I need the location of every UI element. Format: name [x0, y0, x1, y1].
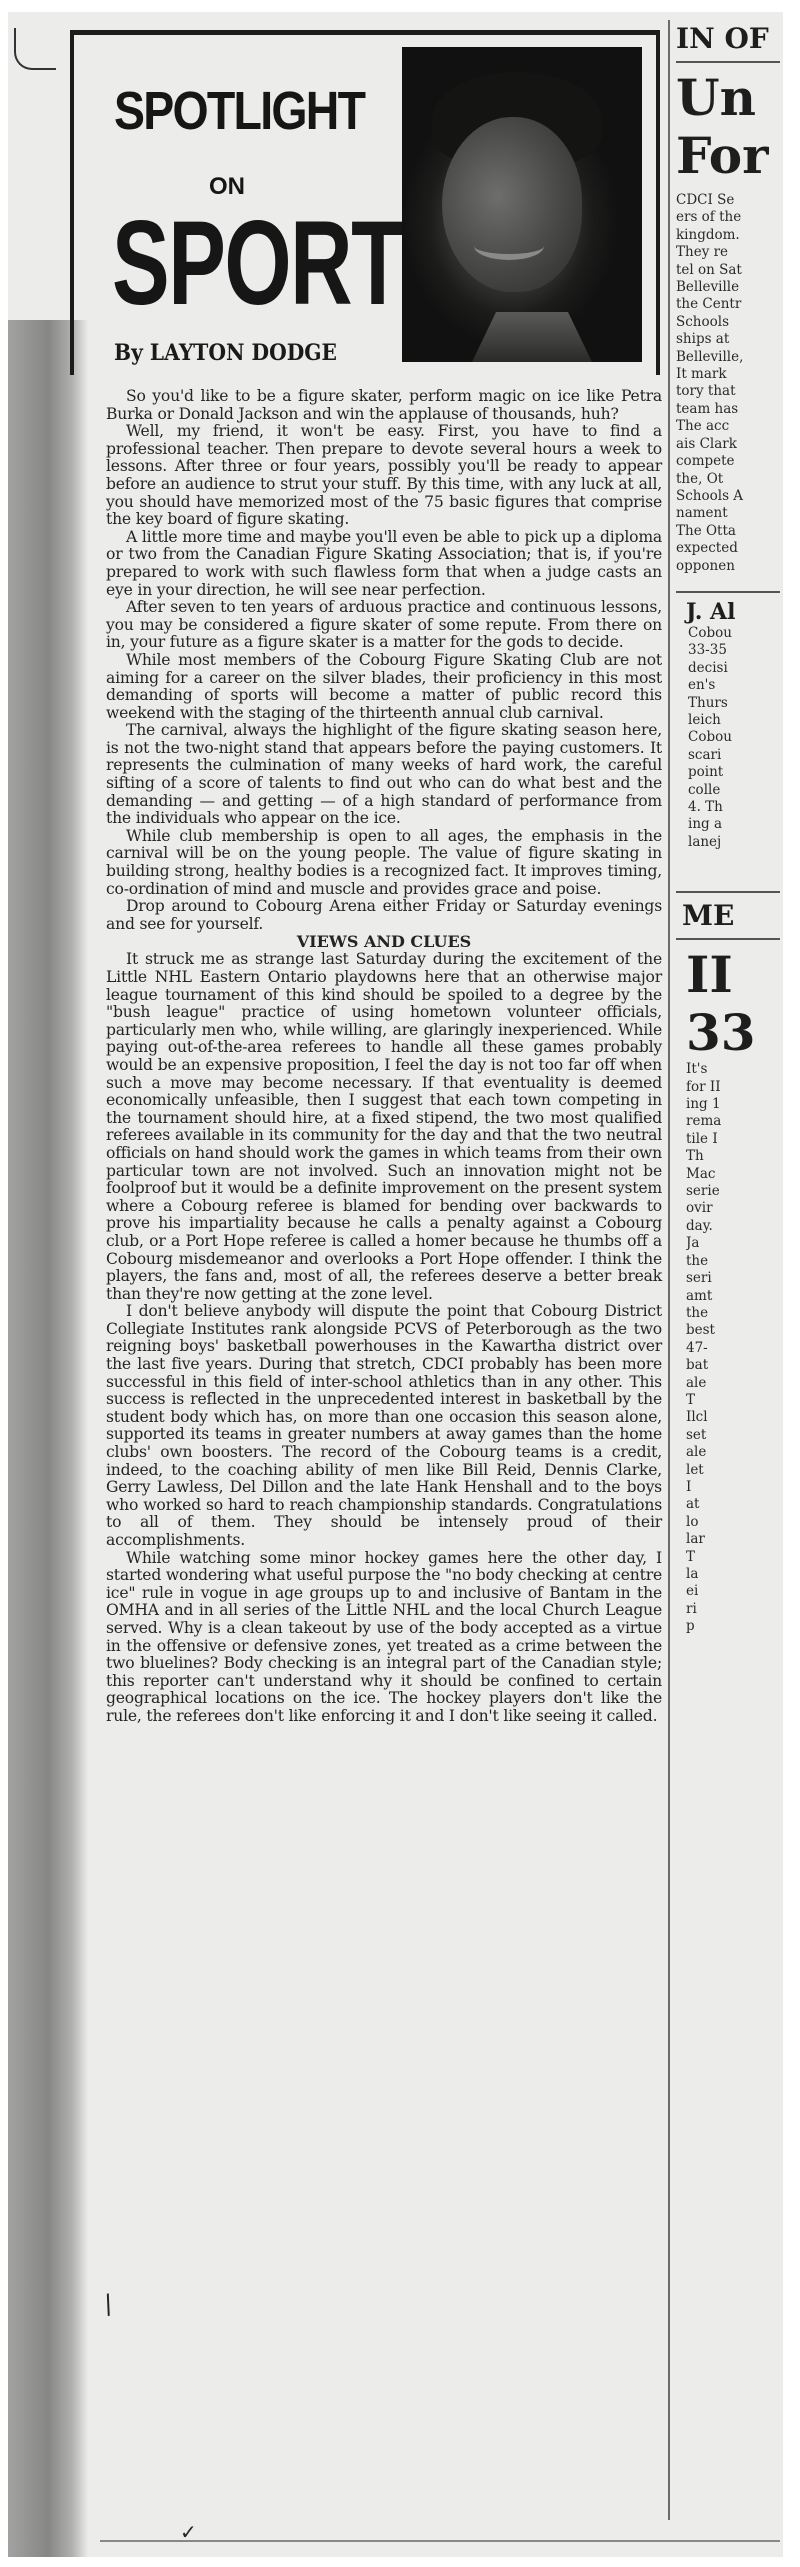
rcol-line: at	[686, 1496, 780, 1513]
rcol-line: The Otta	[676, 523, 780, 540]
rcol-line: 4. Th	[688, 799, 780, 816]
rcol-line: ships at	[676, 331, 780, 348]
rcol-line: Belleville,	[676, 349, 780, 366]
rcol-line: kingdom.	[676, 227, 780, 244]
article-paragraph: It struck me as strange last Saturday du…	[106, 951, 662, 1303]
article-paragraph: After seven to ten years of arduous prac…	[106, 599, 662, 652]
photo-collar	[472, 312, 592, 362]
rcol-line: tile I	[686, 1131, 780, 1148]
article-part-2: It struck me as strange last Saturday du…	[106, 951, 662, 1725]
article-paragraph: While most members of the Cobourg Figure…	[106, 652, 662, 722]
rcol-line: scari	[688, 747, 780, 764]
byline: By LAYTON DODGE	[114, 340, 337, 366]
rcol-section-2-head: J. Al	[686, 599, 780, 625]
rcol-line: 47-	[686, 1340, 780, 1357]
binding-shadow	[8, 320, 88, 2557]
rcol-line: T	[686, 1549, 780, 1566]
rcol-line: the Centr	[676, 296, 780, 313]
rcol-line: Th	[686, 1148, 780, 1165]
rcol-line: nament	[676, 505, 780, 522]
rcol-line: amt	[686, 1288, 780, 1305]
rcol-line: la	[686, 1566, 780, 1583]
rcol-line: day.	[686, 1218, 780, 1235]
masthead-title: SPOTLIGHT	[114, 80, 364, 142]
rcol-line: compete	[676, 453, 780, 470]
rcol-line: let	[686, 1462, 780, 1479]
subhead-views-and-clues: VIEWS AND CLUES	[106, 933, 662, 951]
rcol-line: Ja	[686, 1235, 780, 1252]
article-paragraph: A little more time and maybe you'll even…	[106, 529, 662, 599]
rcol-line: It mark	[676, 366, 780, 383]
rcol-section-3-head: ME	[682, 899, 780, 932]
rcol-rule	[676, 891, 780, 893]
rcol-line: ale	[686, 1375, 780, 1392]
rcol-line: 33-35	[688, 642, 780, 659]
article-paragraph: The carnival, always the highlight of th…	[106, 722, 662, 828]
rcol-line: seri	[686, 1270, 780, 1287]
column-divider	[668, 20, 670, 2520]
rcol-line: ing 1	[686, 1096, 780, 1113]
rcol-rule	[676, 938, 780, 940]
rcol-story-2: Cobou33-35decisien'sThursleichCobouscari…	[688, 625, 780, 851]
article-paragraph: So you'd like to be a figure skater, per…	[106, 388, 662, 423]
rcol-line: ri	[686, 1601, 780, 1618]
rcol-kicker: IN OF	[676, 22, 780, 55]
rcol-line: the	[686, 1305, 780, 1322]
rcol-line: ovir	[686, 1200, 780, 1217]
article-part-1: So you'd like to be a figure skater, per…	[106, 388, 662, 933]
rcol-line: leich	[688, 712, 780, 729]
rcol-story-3: It'sfor IIing 1rematile IThMacserieovird…	[686, 1061, 780, 1635]
rcol-headline-2: For	[676, 127, 780, 185]
rcol-line: lo	[686, 1514, 780, 1531]
rcol-headline-1: Un	[676, 69, 780, 127]
rcol-line: Cobou	[688, 625, 780, 642]
rcol-line: lanej	[688, 834, 780, 851]
rcol-line: p	[686, 1618, 780, 1635]
rcol-line: team has	[676, 401, 780, 418]
article-paragraph: Well, my friend, it won't be easy. First…	[106, 423, 662, 529]
rcol-line: lar	[686, 1531, 780, 1548]
rcol-line: the, Ot	[676, 471, 780, 488]
rcol-line: colle	[688, 782, 780, 799]
rcol-line: The acc	[676, 418, 780, 435]
rcol-line: point	[688, 764, 780, 781]
rcol-line: Schools A	[676, 488, 780, 505]
rcol-line: Cobou	[688, 729, 780, 746]
article-paragraph: Drop around to Cobourg Arena either Frid…	[106, 898, 662, 933]
rcol-line: Ilcl	[686, 1409, 780, 1426]
article-paragraph: I don't believe anybody will dispute the…	[106, 1303, 662, 1549]
rcol-line: opponen	[676, 558, 780, 575]
rcol-headline-3: II	[686, 946, 780, 1004]
rcol-headline-4: 33	[686, 1004, 780, 1062]
rcol-line: expected	[676, 540, 780, 557]
article-paragraph: While watching some minor hockey games h…	[106, 1550, 662, 1726]
rcol-line: CDCI Se	[676, 192, 780, 209]
article-body: So you'd like to be a figure skater, per…	[106, 388, 662, 1726]
rcol-line: decisi	[688, 660, 780, 677]
rcol-line: bat	[686, 1357, 780, 1374]
article-paragraph: While club membership is open to all age…	[106, 828, 662, 898]
bottom-rule	[100, 2540, 780, 2542]
photo-face	[442, 117, 582, 292]
rcol-line: ale	[686, 1444, 780, 1461]
rcol-line: best	[686, 1322, 780, 1339]
rcol-line: Mac	[686, 1166, 780, 1183]
rcol-line: They re	[676, 244, 780, 261]
rcol-line: tory that	[676, 383, 780, 400]
page-corner-curl	[14, 28, 56, 70]
rcol-rule	[676, 61, 780, 63]
rcol-line: Schools	[676, 314, 780, 331]
rcol-line: ais Clark	[676, 436, 780, 453]
rcol-line: serie	[686, 1183, 780, 1200]
rcol-line: set	[686, 1427, 780, 1444]
rcol-line: ei	[686, 1583, 780, 1600]
rcol-line: for II	[686, 1079, 780, 1096]
adjacent-column: IN OF Un For CDCI Seers of thekingdom.Th…	[676, 22, 780, 2542]
rcol-line: I	[686, 1479, 780, 1496]
columnist-photo	[402, 47, 642, 362]
rcol-line: It's	[686, 1061, 780, 1078]
rcol-line: tel on Sat	[676, 262, 780, 279]
column-masthead: SPOTLIGHT ON SPORTS By LAYTON DODGE	[70, 30, 660, 375]
photo-smile	[474, 232, 544, 260]
rcol-line: en's	[688, 677, 780, 694]
rcol-line: T	[686, 1392, 780, 1409]
rcol-line: Belleville	[676, 279, 780, 296]
rcol-rule	[676, 591, 780, 593]
rcol-story-1: CDCI Seers of thekingdom.They retel on S…	[676, 192, 780, 575]
rcol-line: the	[686, 1253, 780, 1270]
rcol-line: Thurs	[688, 695, 780, 712]
rcol-line: ing a	[688, 816, 780, 833]
rcol-line: rema	[686, 1113, 780, 1130]
rcol-line: ers of the	[676, 209, 780, 226]
